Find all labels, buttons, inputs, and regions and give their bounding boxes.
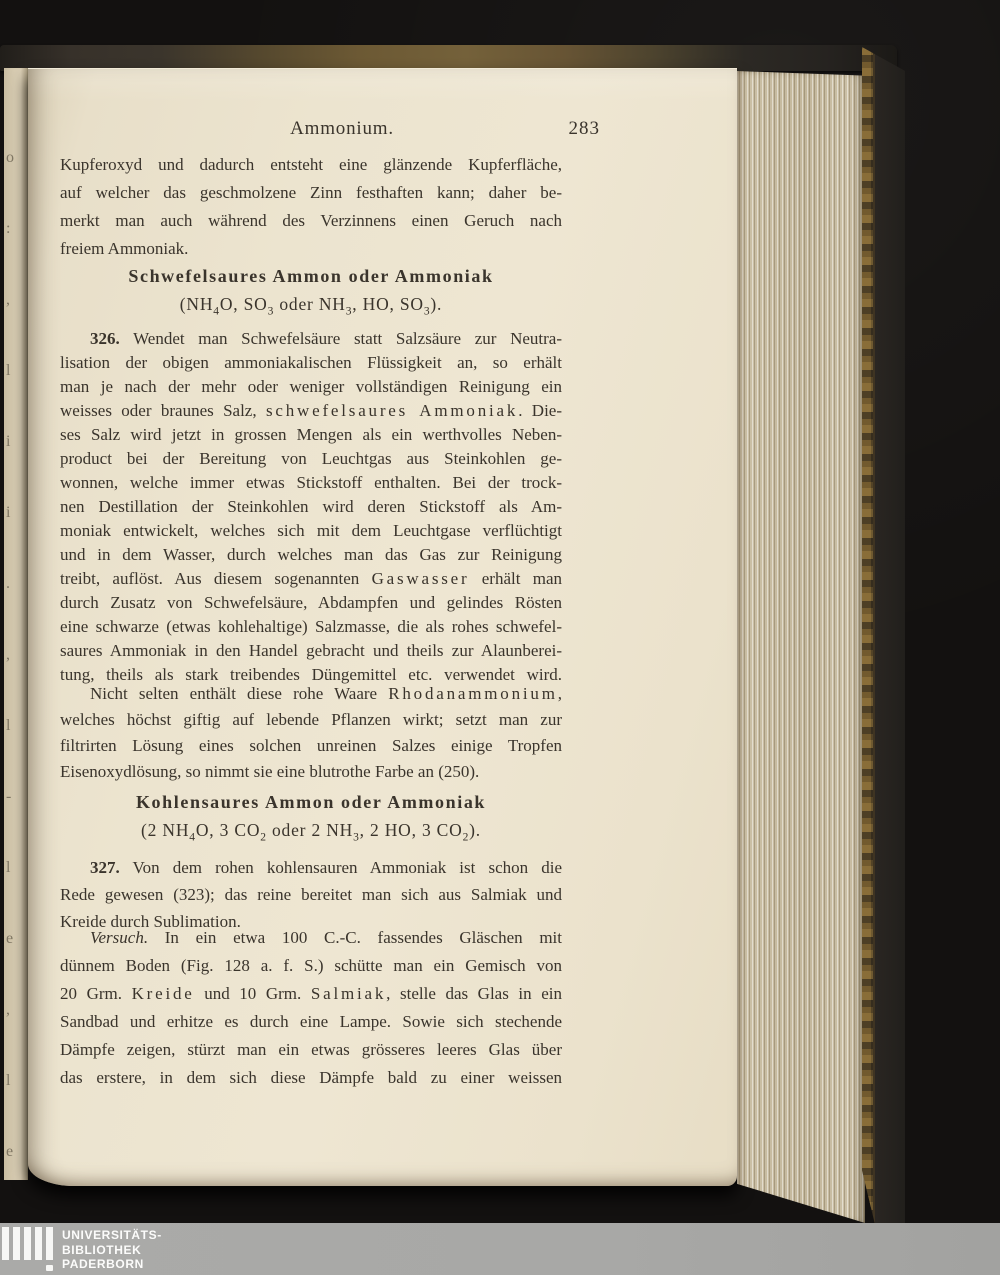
text-line: weisses oder braunes Salz, schwefelsaure… <box>60 399 562 423</box>
text-line: product bei der Bereitung von Leuchtgas … <box>60 447 562 471</box>
heading-sulfate: Schwefelsaures Ammon oder Ammoniak(NH4O,… <box>60 263 562 319</box>
text-line: merkt man auch während des Verzinnens ei… <box>60 207 562 235</box>
text-line: durch Zusatz von Schwefelsäure, Abdampfe… <box>60 591 562 615</box>
book-cover-edge <box>862 47 905 1242</box>
text-line: Kupferoxyd und dadurch entsteht eine glä… <box>60 151 562 179</box>
edge-glyph: : <box>6 221 10 237</box>
edge-glyph: , <box>6 1002 10 1018</box>
text-line: Rede gewesen (323); das reine bereitet m… <box>60 881 562 908</box>
para-326: 326. Wendet man Schwefelsäure statt Salz… <box>60 327 562 687</box>
text-line: welches höchst giftig auf lebende Pflanz… <box>60 707 562 733</box>
text-line: 20 Grm. Kreide und 10 Grm. Salmiak, stel… <box>60 980 562 1008</box>
text-line: Kohlensaures Ammon oder Ammoniak <box>60 789 562 817</box>
edge-glyph: . <box>6 576 10 592</box>
text-line: lisation der obigen ammoniakalischen Flü… <box>60 351 562 375</box>
book-fore-edge <box>737 71 865 1223</box>
text-line: Schwefelsaures Ammon oder Ammoniak <box>60 263 562 291</box>
text-line: eine schwarze (etwas kohlehaltige) Salzm… <box>60 615 562 639</box>
page-number: 283 <box>569 118 601 140</box>
edge-glyph: l <box>6 860 10 876</box>
text-line: dünnem Boden (Fig. 128 a. f. S.) schütte… <box>60 952 562 980</box>
text-line: (NH4O, SO3 oder NH3, HO, SO3). <box>60 291 562 319</box>
edge-glyph: l <box>6 718 10 734</box>
text-line: treibt, auflöst. Aus diesem sogenannten … <box>60 567 562 591</box>
library-logo-dot <box>46 1265 53 1271</box>
text-line: freiem Ammoniak. <box>60 235 562 263</box>
book-scan: o:,lii.,l-le,le Ammonium. 283 Kupferoxyd… <box>0 0 1000 1275</box>
text-line: und in dem Wasser, durch welches man das… <box>60 543 562 567</box>
edge-glyph: o <box>6 150 14 166</box>
text-line: moniak entwickelt, welches sich mit dem … <box>60 519 562 543</box>
text-line: Sandbad und erhitze es durch eine Lampe.… <box>60 1008 562 1036</box>
edge-glyph: e <box>6 1144 13 1160</box>
para-rhodan: Nicht selten enthält diese rohe Waare Rh… <box>60 681 562 785</box>
text-line: auf welcher das geschmolzene Zinn festha… <box>60 179 562 207</box>
library-footer-band: UNIVERSITÄTS- BIBLIOTHEK PADERBORN <box>0 1223 1000 1275</box>
text-line: Eisenoxydlösung, so nimmt sie eine blutr… <box>60 759 562 785</box>
edge-glyph: e <box>6 931 13 947</box>
text-line: saures Ammoniak in den Handel gebracht u… <box>60 639 562 663</box>
library-name-line1: UNIVERSITÄTS- <box>62 1228 162 1243</box>
facing-page-edge: o:,lii.,l-le,le <box>4 68 28 1180</box>
text-line: das erstere, in dem sich diese Dämpfe ba… <box>60 1064 562 1092</box>
text-line: wonnen, welche immer etwas Stickstoff en… <box>60 471 562 495</box>
text-line: filtrirten Lösung eines solchen unreinen… <box>60 733 562 759</box>
library-name-line2: BIBLIOTHEK <box>62 1243 162 1258</box>
edge-glyph: i <box>6 505 10 521</box>
edge-glyph: , <box>6 292 10 308</box>
edge-glyph: i <box>6 434 10 450</box>
library-logo-icon <box>2 1227 58 1273</box>
para-versuch: Versuch. In ein etwa 100 C.-C. fassendes… <box>60 924 562 1092</box>
edge-glyph: l <box>6 363 10 379</box>
text-line: (2 NH4O, 3 CO2 oder 2 NH3, 2 HO, 3 CO2). <box>60 817 562 845</box>
heading-carbonate: Kohlensaures Ammon oder Ammoniak(2 NH4O,… <box>60 789 562 845</box>
library-name-line3: PADERBORN <box>62 1257 162 1272</box>
text-line: nen Destillation der Steinkohlen wird de… <box>60 495 562 519</box>
para-intro: Kupferoxyd und dadurch entsteht eine glä… <box>60 151 562 263</box>
facing-page-glyphs: o:,lii.,l-le,le <box>4 150 22 1160</box>
para-327: 327. Von dem rohen kohlensauren Ammoniak… <box>60 854 562 935</box>
text-line: 326. Wendet man Schwefelsäure statt Salz… <box>60 327 562 351</box>
edge-glyph: l <box>6 1073 10 1089</box>
text-line: Versuch. In ein etwa 100 C.-C. fassendes… <box>60 924 562 952</box>
book-page: Ammonium. 283 Kupferoxyd und dadurch ent… <box>28 68 737 1186</box>
text-line: Dämpfe zeigen, stürzt man ein etwas grös… <box>60 1036 562 1064</box>
text-line: man je nach der mehr oder weniger vollst… <box>60 375 562 399</box>
edge-glyph: , <box>6 647 10 663</box>
edge-glyph: - <box>6 789 11 805</box>
text-line: Nicht selten enthält diese rohe Waare Rh… <box>60 681 562 707</box>
text-line: 327. Von dem rohen kohlensauren Ammoniak… <box>60 854 562 881</box>
text-line: ses Salz wird jetzt in grossen Mengen al… <box>60 423 562 447</box>
library-name: UNIVERSITÄTS- BIBLIOTHEK PADERBORN <box>62 1228 162 1272</box>
text-column: Kupferoxyd und dadurch entsteht eine glä… <box>60 69 562 1186</box>
